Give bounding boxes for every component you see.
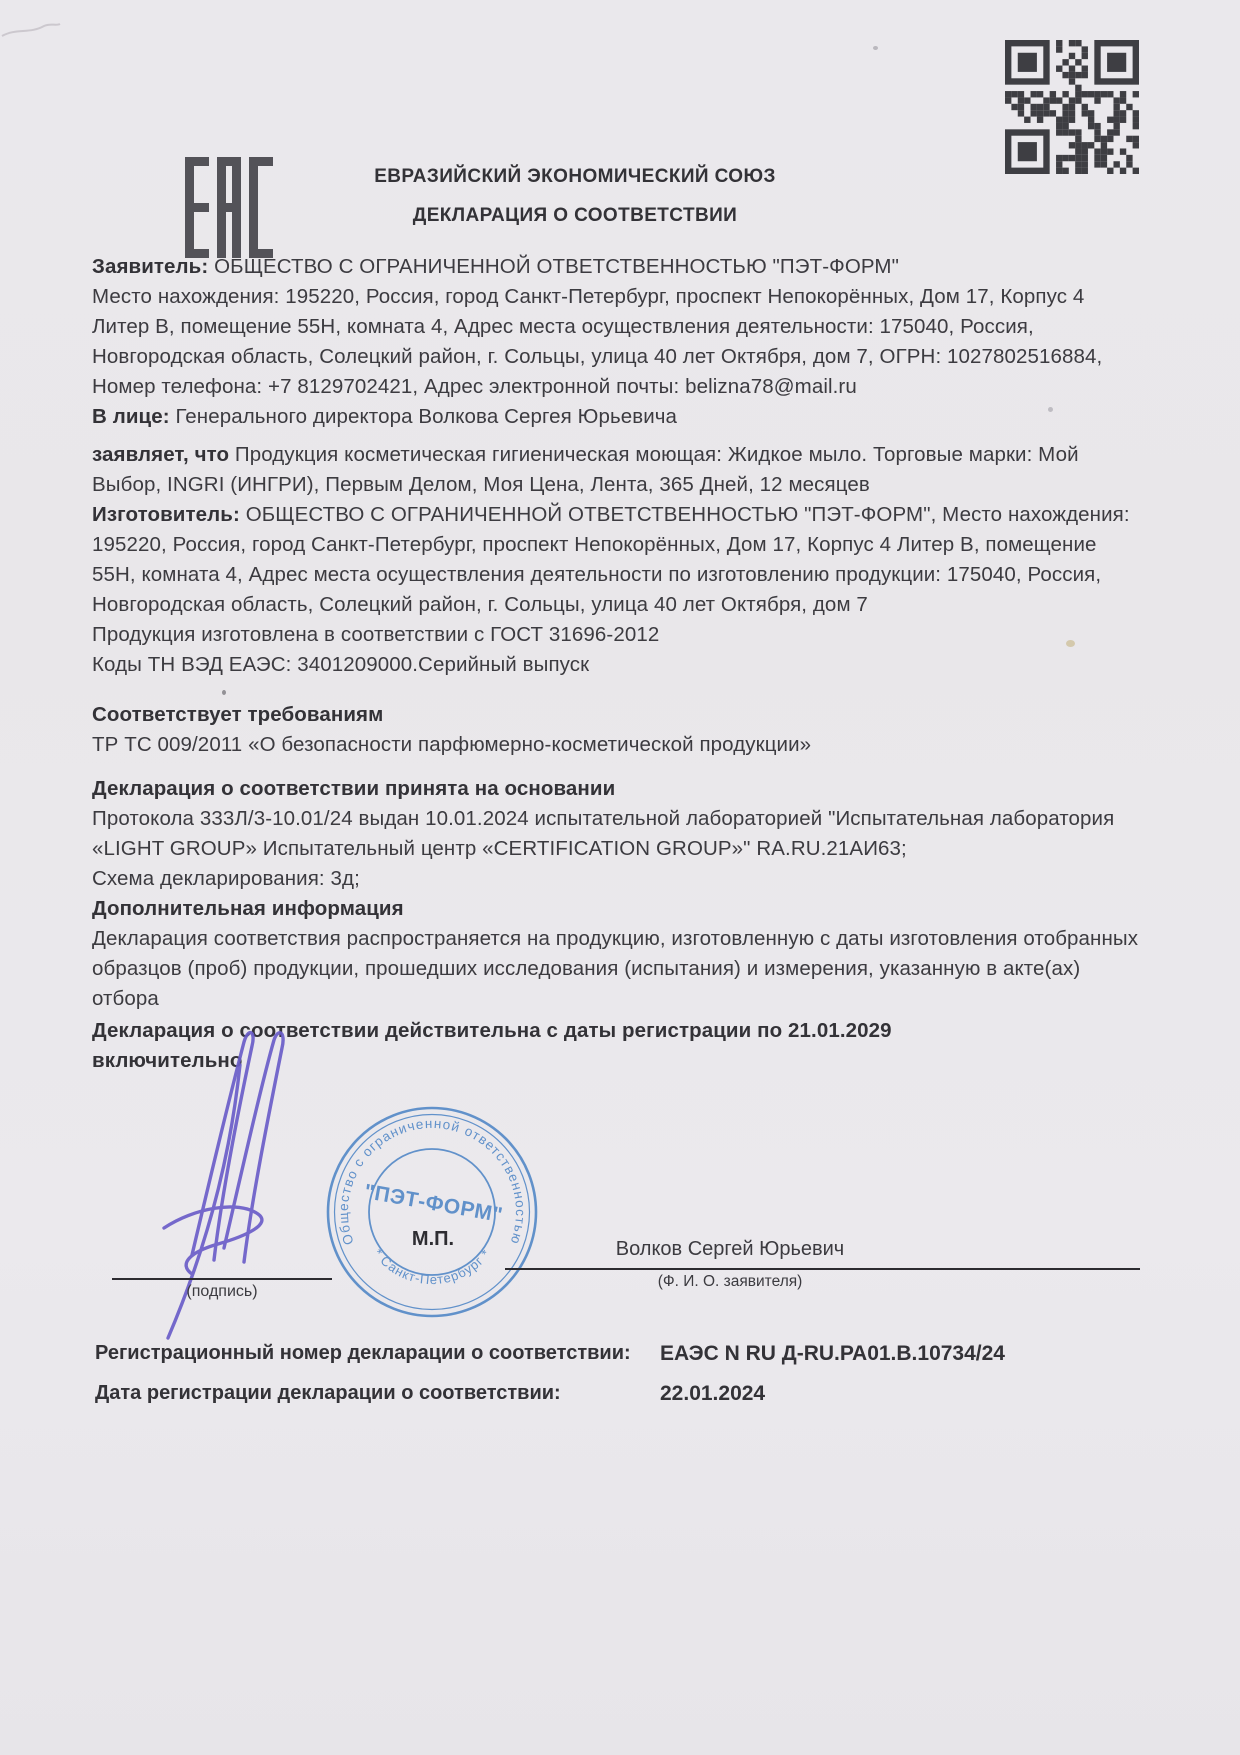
- scan-speck: [873, 46, 878, 50]
- document-body: Заявитель: ОБЩЕСТВО С ОГРАНИЧЕННОЙ ОТВЕТ…: [92, 252, 1144, 1076]
- qr-code-icon: [1005, 40, 1139, 174]
- basis-text: Протокола 333Л/3-10.01/24 выдан 10.01.20…: [92, 804, 1144, 864]
- registration-date-value: 22.01.2024: [660, 1382, 765, 1406]
- manufacturer-label: Изготовитель:: [92, 503, 240, 526]
- document-page: ЕВРАЗИЙСКИЙ ЭКОНОМИЧЕСКИЙ СОЮЗ ДЕКЛАРАЦИ…: [0, 0, 1240, 1755]
- basis-heading: Декларация о соответствии принята на осн…: [92, 774, 1144, 804]
- name-caption: (Ф. И. О. заявителя): [505, 1273, 955, 1291]
- additional-heading: Дополнительная информация: [92, 894, 1144, 924]
- union-title: ЕВРАЗИЙСКИЙ ЭКОНОМИЧЕСКИЙ СОЮЗ: [315, 166, 835, 188]
- header-titles: ЕВРАЗИЙСКИЙ ЭКОНОМИЧЕСКИЙ СОЮЗ ДЕКЛАРАЦИ…: [315, 166, 835, 227]
- signature-caption: (подпись): [112, 1283, 332, 1301]
- registration-date-label: Дата регистрации декларации о соответств…: [95, 1382, 561, 1405]
- document-title: ДЕКЛАРАЦИЯ О СООТВЕТСТВИИ: [315, 205, 835, 227]
- requirements-heading: Соответствует требованиям: [92, 700, 1144, 730]
- registration-number-label: Регистрационный номер декларации о соотв…: [95, 1342, 631, 1365]
- applicant-label: Заявитель:: [92, 255, 208, 278]
- pencil-scan-mark: [0, 20, 70, 50]
- declaration-label: заявляет, что: [92, 443, 229, 466]
- representative-label: В лице:: [92, 405, 170, 428]
- stamp-center-text: "ПЭТ-ФОРМ": [362, 1180, 504, 1227]
- declaration-line: заявляет, что Продукция косметическая ги…: [92, 440, 1144, 500]
- additional-text: Декларация соответствия распространяется…: [92, 924, 1144, 1014]
- manufacturer-line: Изготовитель: ОБЩЕСТВО С ОГРАНИЧЕННОЙ ОТ…: [92, 500, 1144, 620]
- applicant-name: ОБЩЕСТВО С ОГРАНИЧЕННОЙ ОТВЕТСТВЕННОСТЬЮ…: [214, 255, 899, 278]
- applicant-address: Место нахождения: 195220, Россия, город …: [92, 282, 1144, 402]
- declaration-product: Продукция косметическая гигиеническая мо…: [92, 443, 1079, 496]
- signature-line: [112, 1278, 332, 1280]
- representative-text: Генерального директора Волкова Сергея Юр…: [175, 405, 677, 428]
- stamp-ring-bottom-text: * Санкт-Петербург *: [370, 1246, 493, 1287]
- name-line: [505, 1268, 1140, 1270]
- representative-line: В лице: Генерального директора Волкова С…: [92, 402, 1144, 432]
- requirements-text: ТР ТС 009/2011 «О безопасности парфюмерн…: [92, 730, 1144, 760]
- applicant-line: Заявитель: ОБЩЕСТВО С ОГРАНИЧЕННОЙ ОТВЕТ…: [92, 252, 1144, 282]
- signee-name: Волков Сергей Юрьевич: [505, 1238, 955, 1261]
- gost-line: Продукция изготовлена в соответствии с Г…: [92, 620, 1144, 650]
- tnved-line: Коды ТН ВЭД ЕАЭС: 3401209000.Серийный вы…: [92, 650, 1144, 680]
- svg-text:* Санкт-Петербург *: * Санкт-Петербург *: [370, 1246, 493, 1287]
- eac-logo-icon: [185, 157, 273, 258]
- manufacturer-text: ОБЩЕСТВО С ОГРАНИЧЕННОЙ ОТВЕТСТВЕННОСТЬЮ…: [92, 503, 1130, 616]
- registration-number-value: ЕАЭС N RU Д-RU.РА01.В.10734/24: [660, 1342, 1005, 1366]
- stamp-place-label: М.П.: [398, 1228, 468, 1251]
- basis-scheme: Схема декларирования: 3д;: [92, 864, 1144, 894]
